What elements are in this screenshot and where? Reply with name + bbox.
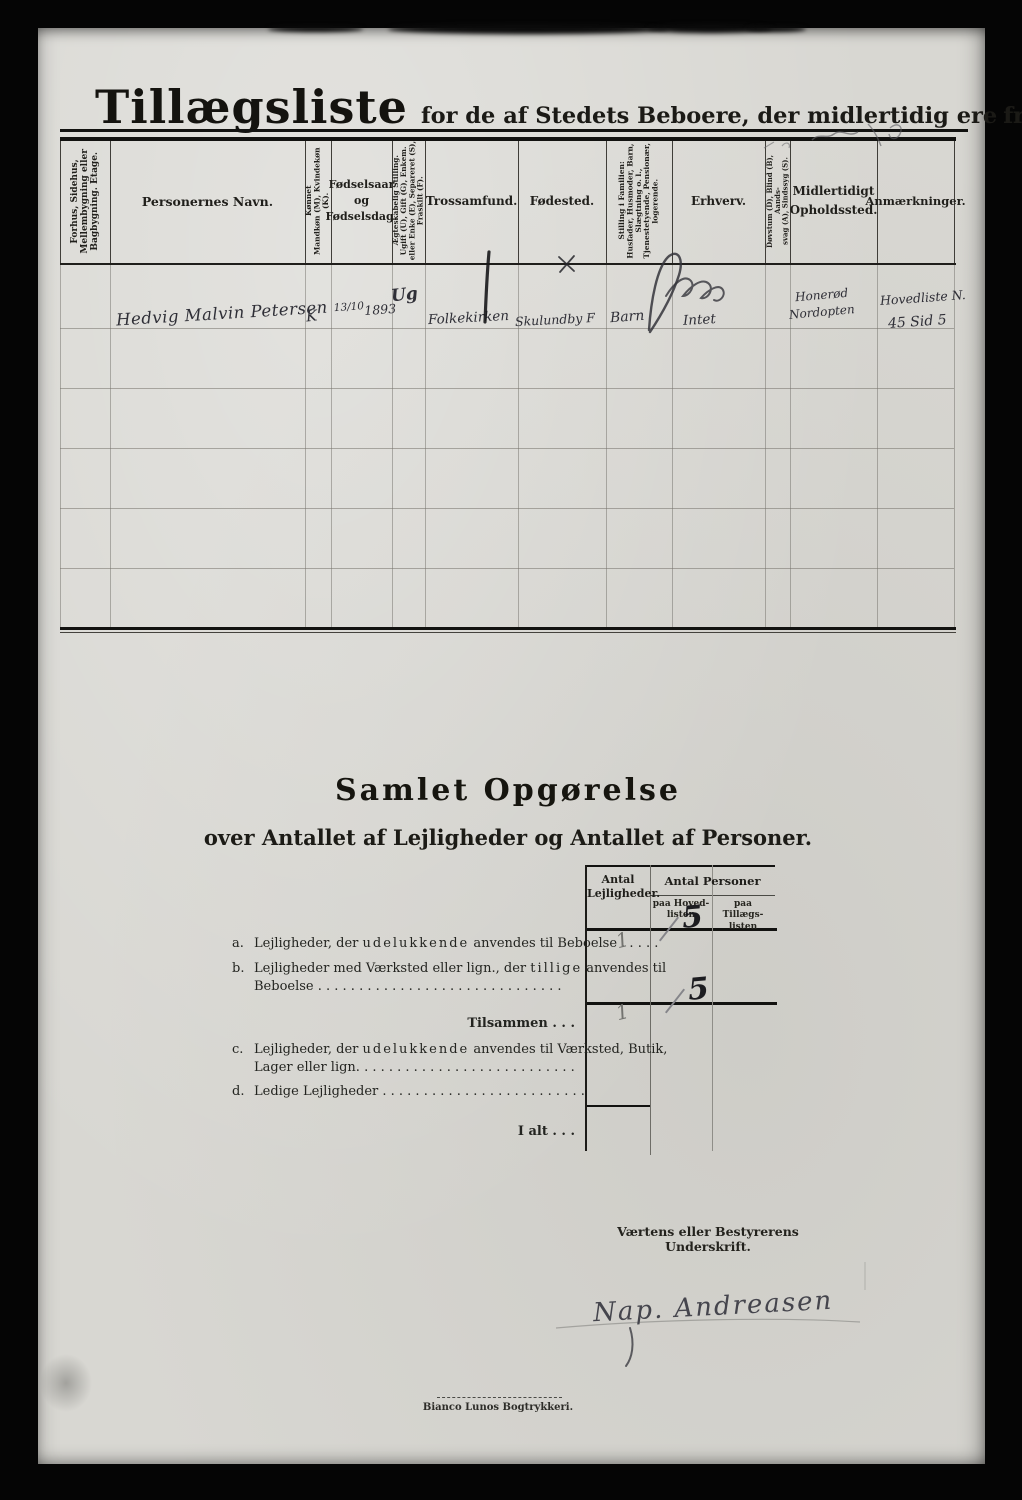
grid-line [331, 265, 332, 627]
column-header-name-label: Personernes Navn. [142, 194, 273, 209]
summary-row-a-prefix: a. [232, 936, 244, 951]
grid-line [425, 265, 426, 627]
signature-label: Værtens eller Bestyrerens Underskrift. [598, 1224, 818, 1254]
entry-residence-line1: Honerød [794, 286, 848, 305]
summary-row-d-prefix: d. [232, 1084, 244, 1099]
entry-birthplace: Skulundby F [515, 310, 596, 329]
entry-birth-day: 13/10 [333, 300, 364, 314]
column-header-marital: Ægteskabelig Stilling. Ugift (U), Gift (… [392, 141, 425, 261]
grid-line [606, 265, 607, 627]
column-header-birthplace-label: Fødested. [530, 194, 594, 208]
pen-scribble [666, 278, 724, 300]
grid-line [60, 265, 61, 627]
summary-row-c-text: Lejligheder, der [254, 1042, 363, 1057]
grid-line [110, 265, 111, 627]
grid-line [954, 265, 955, 627]
entry-birthdate: 13/101893 [333, 298, 396, 321]
summary-row-b-line2: Beboelse . . . . . . . . . . . . . . . .… [254, 979, 562, 994]
entry-remarks-line2: 45 Sid 5 [888, 312, 948, 332]
column-header-building-label: Forhus, Sidehus, Mellembygning eller Bag… [70, 149, 100, 254]
entry-name: Hedvig Malvin Petersen [116, 298, 329, 330]
summary-row-c-text2: anvendes til Værksted, Butik, [469, 1042, 667, 1057]
summary-value-a-mainlist: 5 [681, 899, 705, 936]
form-subtitle-text: for de af Stedets Beboere, der midlertid… [421, 103, 997, 129]
summary-value-tilsammen-mainlist: 5 [687, 971, 711, 1008]
summary-top-rule [585, 865, 775, 867]
grid-line [392, 265, 393, 627]
grid-line [877, 265, 878, 627]
entry-faith: Folkekirken [428, 308, 510, 328]
paper-edge-shadow [746, 26, 806, 32]
paper-edge-shadow [268, 26, 363, 32]
column-header-disability-label: Døvstum (D), Blind (B), Aands- svag (A),… [766, 141, 789, 261]
entry-occupation: Intet [683, 311, 717, 329]
summary-row-b-label: Lejligheder med Værksted eller lign., de… [254, 961, 666, 976]
grid-line [765, 265, 766, 627]
printer-credit: Bianco Lunos Bogtrykkeri. [413, 1402, 583, 1413]
column-header-birthplace: Fødested. [518, 141, 606, 261]
summary-row-b-text: Lejligheder med Værksted eller lign., de… [254, 961, 530, 976]
column-header-occupation-label: Erhverv. [691, 194, 746, 208]
summary-row-b-spaced: tillige [530, 961, 582, 976]
column-header-remarks-label: Anmærkninger. [865, 194, 965, 208]
grid-line [672, 265, 673, 627]
entry-marital-status: Ug [390, 284, 419, 307]
scan-background: { "page": { "title": "Tillægsliste", "su… [0, 0, 1022, 1500]
column-header-family-position: Stilling i Familien: Husfader, Husmoder,… [606, 141, 672, 261]
column-header-marital-label: Ægteskabelig Stilling. Ugift (U), Gift (… [392, 141, 425, 260]
summary-col-apartments: Antal Lejligheder. [587, 873, 649, 902]
column-header-family-position-label: Stilling i Familien: Husfader, Husmoder,… [618, 143, 660, 259]
entry-family-position: Barn [609, 308, 644, 326]
summary-ialt-rule [585, 1105, 650, 1107]
entry-residence-line2: Nordopten [789, 302, 856, 322]
grid-line [60, 568, 954, 569]
summary-row-a-text: Lejligheder, der [254, 936, 363, 951]
summary-row-c-label: Lejligheder, der udelukkende anvendes ti… [254, 1042, 667, 1057]
form-header: Tillægsliste for de af Stedets Beboere, … [95, 80, 1022, 134]
summary-col-persons: Antal Personer [650, 874, 775, 888]
form-title: Tillægsliste [95, 80, 408, 134]
summary-row-c-line2: Lager eller lign. . . . . . . . . . . . … [254, 1060, 575, 1075]
table-header-rule [60, 263, 956, 265]
column-header-remarks: Anmærkninger. [877, 141, 954, 261]
form-subtitle: for de af Stedets Beboere, der midlertid… [421, 103, 1022, 129]
grid-line [60, 508, 954, 509]
signature-name: Nap. Andreasen [592, 1286, 834, 1329]
table-bottom-rule-2 [60, 632, 956, 633]
column-header-building: Forhus, Sidehus, Mellembygning eller Bag… [60, 141, 110, 261]
column-header-occupation: Erhverv. [672, 141, 765, 261]
form-subtitle-emphasis: fraværende. [1003, 103, 1022, 129]
column-header-name: Personernes Navn. [110, 141, 305, 261]
signature-descender [626, 1328, 633, 1366]
summary-ialt-label: I alt . . . [418, 1124, 575, 1139]
summary-row-c-prefix: c. [232, 1042, 243, 1057]
column-header-residence: Midlertidigt Opholdssted. [790, 141, 877, 261]
summary-row-a-spaced: udelukkende [363, 936, 470, 951]
column-header-disability: Døvstum (D), Blind (B), Aands- svag (A),… [765, 141, 790, 261]
summary-tilsammen-label: Tilsammen . . . [418, 1016, 575, 1031]
summary-grid-line [585, 865, 587, 1151]
printer-divider [437, 1397, 562, 1398]
entry-sex: K [305, 306, 318, 325]
summary-row-c-spaced: udelukkende [363, 1042, 470, 1057]
summary-row-b-text2: anvendes til [582, 961, 666, 976]
column-header-birth-label: Fødselsaar og Fødselsdag. [325, 177, 397, 225]
scan-smudge [40, 1354, 92, 1412]
grid-line [60, 448, 954, 449]
grid-line [60, 328, 954, 329]
pen-upstroke [665, 989, 685, 1014]
summary-title: Samlet Opgørelse [188, 773, 828, 808]
summary-row-b-prefix: b. [232, 961, 244, 976]
summary-col-suppllist: paa Tillægs- listen [713, 899, 773, 933]
grid-line [60, 388, 954, 389]
column-header-birth: Fødselsaar og Fødselsdag. [331, 141, 392, 261]
table-bottom-rule [60, 627, 956, 630]
column-header-faith: Trossamfund. [425, 141, 518, 261]
title-underline [60, 129, 968, 132]
census-form-page: Tillægsliste for de af Stedets Beboere, … [38, 28, 985, 1464]
paper-edge-shadow [388, 24, 668, 34]
column-header-faith-label: Trossamfund. [426, 194, 518, 208]
summary-subtitle: over Antallet af Lejligheder og Antallet… [188, 825, 828, 850]
pen-scribble [649, 254, 681, 332]
summary-row-d-label: Ledige Lejligheder . . . . . . . . . . .… [254, 1084, 585, 1099]
summary-row-a-label: Lejligheder, der udelukkende anvendes ti… [254, 936, 658, 951]
